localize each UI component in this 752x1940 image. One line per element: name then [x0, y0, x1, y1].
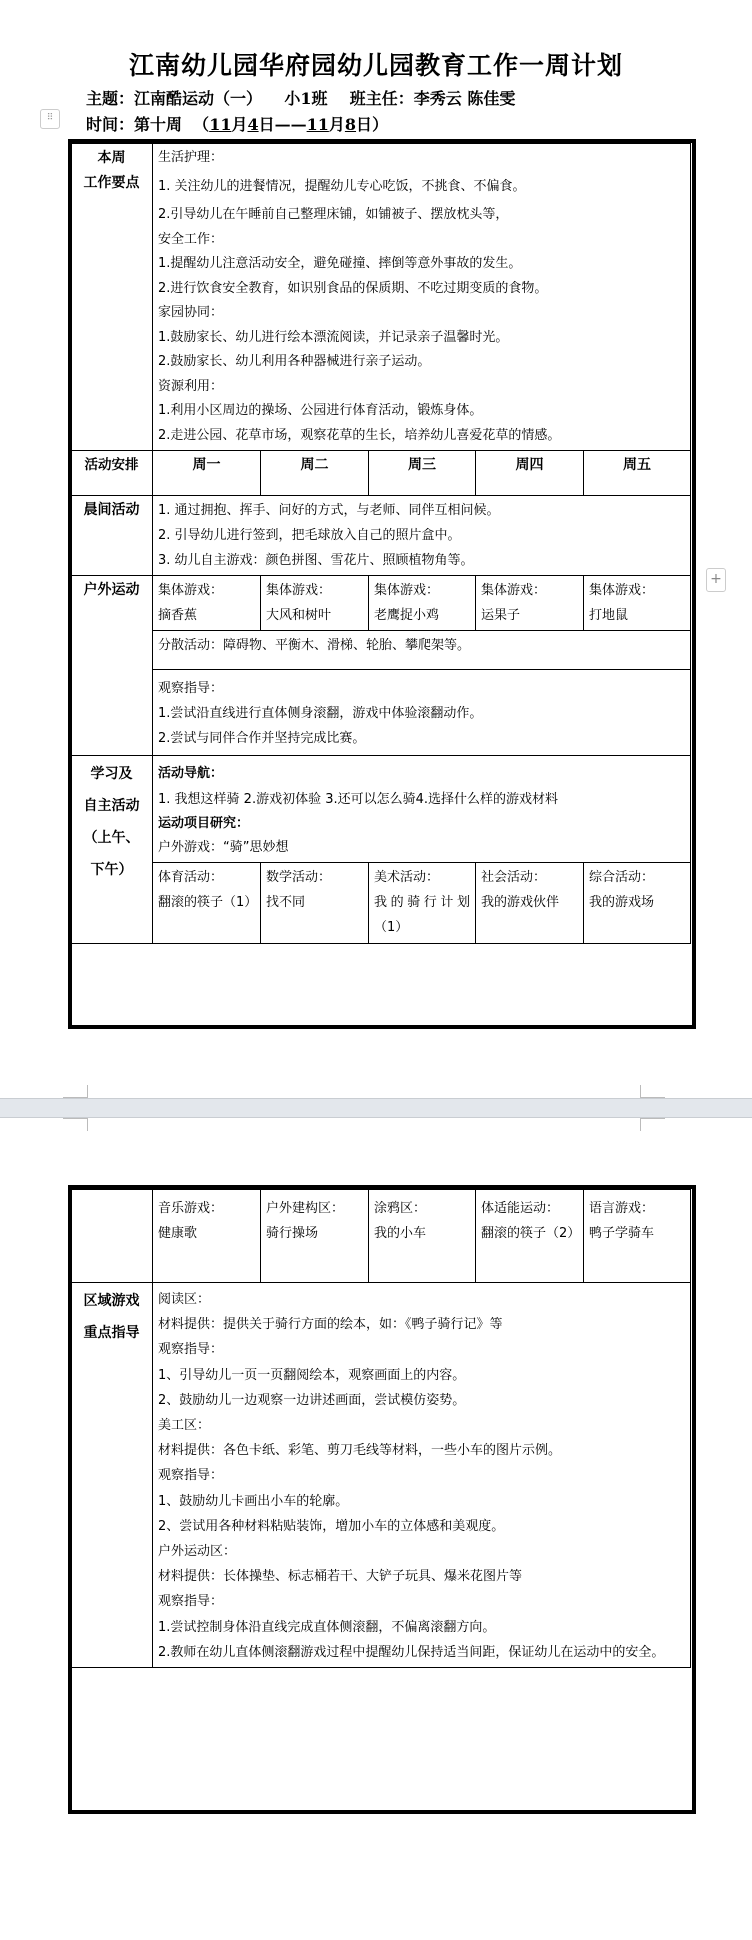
activity-type: 社会活动： — [481, 865, 578, 890]
focus-line: 2.鼓励家长、幼儿利用各种器械进行亲子运动。 — [158, 350, 685, 375]
focus-line: 安全工作： — [158, 228, 685, 253]
observation-line: 1.尝试沿直线进行直体侧身滚翻，游戏中体验滚翻动作。 — [158, 701, 685, 726]
outdoor-games-row: 户外运动 集体游戏：摘香蕉 集体游戏：大风和树叶 集体游戏：老鹰捉小鸡 集体游戏… — [71, 576, 691, 631]
activity-type: 涂鸦区： — [374, 1196, 470, 1221]
learning-nav-row: 学习及 自主活动 （上午、 下午） 活动导航： 1. 我想这样骑 2.游戏初体验… — [71, 756, 691, 863]
outdoor-free-activity[interactable]: 分散活动：障碍物、平衡木、滑梯、轮胎、攀爬架等。 — [153, 631, 691, 670]
day-friday: 周五 — [584, 451, 691, 496]
activity-type: 体育活动： — [158, 865, 255, 890]
start-month: 11 — [209, 115, 231, 134]
weekly-focus-label: 本周工作要点 — [71, 144, 153, 451]
pm-activity-thursday[interactable]: 体适能运动：翻滚的筷子（2） — [476, 1190, 584, 1283]
game-type: 集体游戏： — [589, 578, 685, 603]
learning-navigation[interactable]: 活动导航： 1. 我想这样骑 2.游戏初体验 3.还可以怎么骑4.选择什么样的游… — [153, 756, 691, 863]
label-line: 下午） — [91, 862, 133, 878]
area-line: 1、鼓励幼儿卡画出小车的轮廓。 — [158, 1489, 685, 1514]
outdoor-game-thursday[interactable]: 集体游戏：运果子 — [476, 576, 584, 631]
pm-activities-row: 音乐游戏：健康歌 户外建构区：骑行操场 涂鸦区：我的小车 体适能运动：翻滚的筷子… — [71, 1190, 691, 1283]
day-thursday: 周四 — [476, 451, 584, 496]
document-page-1: 江南幼儿园华府园幼儿园教育工作一周计划 主题：江南酷运动（一） 小1班 班主任：… — [0, 0, 752, 1095]
activity-name: 我的游戏伙伴 — [481, 890, 578, 915]
weekly-focus-row: 本周工作要点 生活护理： 1. 关注幼儿的进餐情况，提醒幼儿专心吃饭，不挑食、不… — [71, 144, 691, 451]
focus-line: 1.利用小区周边的操场、公园进行体育活动，锻炼身体。 — [158, 399, 685, 424]
activity-type: 数学活动： — [266, 865, 363, 890]
activity-thursday[interactable]: 社会活动：我的游戏伙伴 — [476, 863, 584, 944]
activity-name: 我的小车 — [374, 1221, 470, 1246]
area-line: 材料提供：提供关于骑行方面的绘本，如：《鸭子骑行记》等 — [158, 1312, 685, 1337]
area-line: 观察指导： — [158, 1463, 685, 1488]
activity-friday[interactable]: 综合活动：我的游戏场 — [584, 863, 691, 944]
game-name: 大风和树叶 — [266, 603, 363, 628]
area-line: 户外运动区： — [158, 1539, 685, 1564]
activity-tuesday[interactable]: 数学活动：找不同 — [261, 863, 369, 944]
label-line: （上午、 — [84, 830, 140, 846]
activity-type: 综合活动： — [589, 865, 685, 890]
activity-type: 体适能运动： — [481, 1196, 578, 1221]
focus-line: 1. 关注幼儿的进餐情况，提醒幼儿专心吃饭，不挑食、不偏食。 — [158, 175, 685, 200]
morning-line: 2. 引导幼儿进行签到，把毛球放入自己的照片盒中。 — [158, 523, 685, 548]
area-line: 2.教师在幼儿直体侧滚翻游戏过程中提醒幼儿保持适当间距，保证幼儿在运动中的安全。 — [158, 1640, 685, 1665]
label-line: 学习及 — [91, 766, 133, 782]
outdoor-game-monday[interactable]: 集体游戏：摘香蕉 — [153, 576, 261, 631]
focus-line: 1.鼓励家长、幼儿进行绘本漂流阅读，并记录亲子温馨时光。 — [158, 326, 685, 351]
activity-type: 语言游戏： — [589, 1196, 685, 1221]
pm-activity-monday[interactable]: 音乐游戏：健康歌 — [153, 1190, 261, 1283]
outdoor-game-wednesday[interactable]: 集体游戏：老鹰捉小鸡 — [369, 576, 476, 631]
focus-line: 2.引导幼儿在午睡前自己整理床铺，如铺被子、摆放枕头等， — [158, 203, 685, 228]
page-corner-mark — [640, 1085, 665, 1098]
project-title: 运动项目研究： — [158, 812, 685, 836]
outdoor-observation-row: 观察指导： 1.尝试沿直线进行直体侧身滚翻，游戏中体验滚翻动作。 2.尝试与同伴… — [71, 670, 691, 756]
class-name: 小1班 — [284, 89, 327, 108]
table-drag-handle-icon[interactable]: ⠿ — [40, 109, 60, 129]
morning-content[interactable]: 1. 通过拥抱、挥手、问好的方式，与老师、同伴互相问候。 2. 引导幼儿进行签到… — [153, 496, 691, 576]
activity-name: 我的骑行计划（1） — [374, 890, 470, 940]
focus-line: 资源利用： — [158, 375, 685, 400]
area-line: 美工区： — [158, 1413, 685, 1438]
date-paren-open: （ — [193, 115, 209, 134]
schedule-header-row: 活动安排 周一 周二 周三 周四 周五 — [71, 451, 691, 496]
pm-activity-friday[interactable]: 语言游戏：鸭子学骑车 — [584, 1190, 691, 1283]
month-char: 月 — [329, 115, 345, 134]
date-paren-close: ） — [372, 115, 388, 134]
date-dash: —— — [275, 115, 307, 134]
activity-type: 户外建构区： — [266, 1196, 363, 1221]
theme-label: 主题： — [86, 89, 134, 108]
page-corner-mark — [63, 1118, 88, 1131]
week-number: 第十周 — [134, 115, 182, 134]
game-name: 打地鼠 — [589, 603, 685, 628]
time-label: 时间： — [86, 115, 134, 134]
area-games-content[interactable]: 阅读区： 材料提供：提供关于骑行方面的绘本，如：《鸭子骑行记》等 观察指导： 1… — [153, 1283, 691, 1668]
plan-meta-line: 主题：江南酷运动（一） 小1班 班主任：李秀云 陈佳雯 — [86, 86, 515, 109]
weekly-plan-table-page1: 本周工作要点 生活护理： 1. 关注幼儿的进餐情况，提醒幼儿专心吃饭，不挑食、不… — [70, 143, 691, 944]
schedule-label: 活动安排 — [71, 451, 153, 496]
area-games-label: 区域游戏重点指导 — [71, 1283, 153, 1668]
nav-title: 活动导航： — [158, 762, 685, 786]
document-title: 江南幼儿园华府园幼儿园教育工作一周计划 — [0, 46, 752, 82]
plan-date-line: 时间：第十周 （11月4日——11月8日） — [86, 112, 388, 135]
teacher-names: 李秀云 陈佳雯 — [414, 89, 516, 108]
focus-line: 2.进行饮食安全教育，如识别食品的保质期、不吃过期变质的食物。 — [158, 277, 685, 302]
activity-name: 翻滚的筷子（2） — [481, 1221, 578, 1246]
project-value: 户外游戏：“骑”思妙想 — [158, 836, 685, 860]
morning-line: 1. 通过拥抱、挥手、问好的方式，与老师、同伴互相问候。 — [158, 498, 685, 523]
area-line: 1.尝试控制身体沿直线完成直体侧滚翻，不偏离滚翻方向。 — [158, 1615, 685, 1640]
area-line: 阅读区： — [158, 1287, 685, 1312]
activity-name: 鸭子学骑车 — [589, 1221, 685, 1246]
activity-type: 音乐游戏： — [158, 1196, 255, 1221]
area-line: 观察指导： — [158, 1337, 685, 1362]
area-line: 材料提供：长体操垫、标志桶若干、大铲子玩具、爆米花图片等 — [158, 1564, 685, 1589]
area-line: 2、尝试用各种材料粘贴装饰，增加小车的立体感和美观度。 — [158, 1514, 685, 1539]
activity-name: 我的游戏场 — [589, 890, 685, 915]
focus-line: 2.走进公园、花草市场，观察花草的生长，培养幼儿喜爱花草的情感。 — [158, 424, 685, 449]
label-line: 自主活动 — [84, 798, 140, 814]
focus-line: 1.提醒幼儿注意活动安全，避免碰撞、摔倒等意外事故的发生。 — [158, 252, 685, 277]
document-page-2: 音乐游戏：健康歌 户外建构区：骑行操场 涂鸦区：我的小车 体适能运动：翻滚的筷子… — [0, 1118, 752, 1940]
game-type: 集体游戏： — [481, 578, 578, 603]
game-name: 摘香蕉 — [158, 603, 255, 628]
add-row-icon[interactable]: + — [706, 568, 726, 592]
area-games-row: 区域游戏重点指导 阅读区： 材料提供：提供关于骑行方面的绘本，如：《鸭子骑行记》… — [71, 1283, 691, 1668]
morning-label: 晨间活动 — [71, 496, 153, 576]
start-day: 4 — [247, 115, 258, 134]
learning-label: 学习及 自主活动 （上午、 下午） — [71, 756, 153, 944]
day-wednesday: 周三 — [369, 451, 476, 496]
outdoor-game-friday[interactable]: 集体游戏：打地鼠 — [584, 576, 691, 631]
teacher-label: 班主任： — [350, 89, 414, 108]
page-corner-mark — [640, 1118, 665, 1131]
pm-activity-wednesday[interactable]: 涂鸦区：我的小车 — [369, 1190, 476, 1283]
label-line: 重点指导 — [84, 1325, 140, 1341]
area-line: 观察指导： — [158, 1589, 685, 1614]
activity-monday[interactable]: 体育活动：翻滚的筷子（1） — [153, 863, 261, 944]
activity-name: 翻滚的筷子（1） — [158, 890, 255, 915]
activity-type: 美术活动： — [374, 865, 470, 890]
outdoor-label: 户外运动 — [71, 576, 153, 756]
morning-line: 3. 幼儿自主游戏：颜色拼图、雪花片、照顾植物角等。 — [158, 548, 685, 573]
am-activities-row: 体育活动：翻滚的筷子（1） 数学活动：找不同 美术活动：我的骑行计划（1） 社会… — [71, 863, 691, 944]
learning-label-continued — [71, 1190, 153, 1283]
weekly-focus-content[interactable]: 生活护理： 1. 关注幼儿的进餐情况，提醒幼儿专心吃饭，不挑食、不偏食。 2.引… — [153, 144, 691, 451]
end-day: 8 — [345, 115, 356, 134]
theme-value: 江南酷运动（一） — [134, 89, 262, 108]
game-name: 老鹰捉小鸡 — [374, 603, 470, 628]
day-char: 日 — [356, 115, 372, 134]
game-name: 运果子 — [481, 603, 578, 628]
outdoor-free-row: 分散活动：障碍物、平衡木、滑梯、轮胎、攀爬架等。 — [71, 631, 691, 670]
game-type: 集体游戏： — [158, 578, 255, 603]
area-line: 1、引导幼儿一页一页翻阅绘本，观察画面上的内容。 — [158, 1363, 685, 1388]
label-line: 工作要点 — [84, 175, 140, 191]
activity-name: 骑行操场 — [266, 1221, 363, 1246]
observation-line: 2.尝试与同伴合作并坚持完成比赛。 — [158, 726, 685, 751]
end-month: 11 — [307, 115, 329, 134]
day-char: 日 — [259, 115, 275, 134]
nav-items: 1. 我想这样骑 2.游戏初体验 3.还可以怎么骑4.选择什么样的游戏材料 — [158, 788, 685, 812]
day-tuesday: 周二 — [261, 451, 369, 496]
area-line: 2、鼓励幼儿一边观察一边讲述画面，尝试模仿姿势。 — [158, 1388, 685, 1413]
morning-activity-row: 晨间活动 1. 通过拥抱、挥手、问好的方式，与老师、同伴互相问候。 2. 引导幼… — [71, 496, 691, 576]
weekly-plan-table-page2: 音乐游戏：健康歌 户外建构区：骑行操场 涂鸦区：我的小车 体适能运动：翻滚的筷子… — [70, 1189, 691, 1668]
label-line: 区域游戏 — [84, 1293, 140, 1309]
area-line: 材料提供：各色卡纸、彩笔、剪刀毛线等材料，一些小车的图片示例。 — [158, 1438, 685, 1463]
activity-wednesday[interactable]: 美术活动：我的骑行计划（1） — [369, 863, 476, 944]
label-line: 本周 — [98, 150, 126, 166]
page-break-gap — [0, 1098, 752, 1118]
activity-name: 健康歌 — [158, 1221, 255, 1246]
focus-line: 生活护理： — [158, 146, 685, 171]
game-type: 集体游戏： — [266, 578, 363, 603]
pm-activity-tuesday[interactable]: 户外建构区：骑行操场 — [261, 1190, 369, 1283]
outdoor-observation[interactable]: 观察指导： 1.尝试沿直线进行直体侧身滚翻，游戏中体验滚翻动作。 2.尝试与同伴… — [153, 670, 691, 756]
outdoor-game-tuesday[interactable]: 集体游戏：大风和树叶 — [261, 576, 369, 631]
day-monday: 周一 — [153, 451, 261, 496]
month-char: 月 — [231, 115, 247, 134]
page-corner-mark — [63, 1085, 88, 1098]
game-type: 集体游戏： — [374, 578, 470, 603]
activity-name: 找不同 — [266, 890, 363, 915]
observation-line: 观察指导： — [158, 676, 685, 701]
focus-line: 家园协同： — [158, 301, 685, 326]
